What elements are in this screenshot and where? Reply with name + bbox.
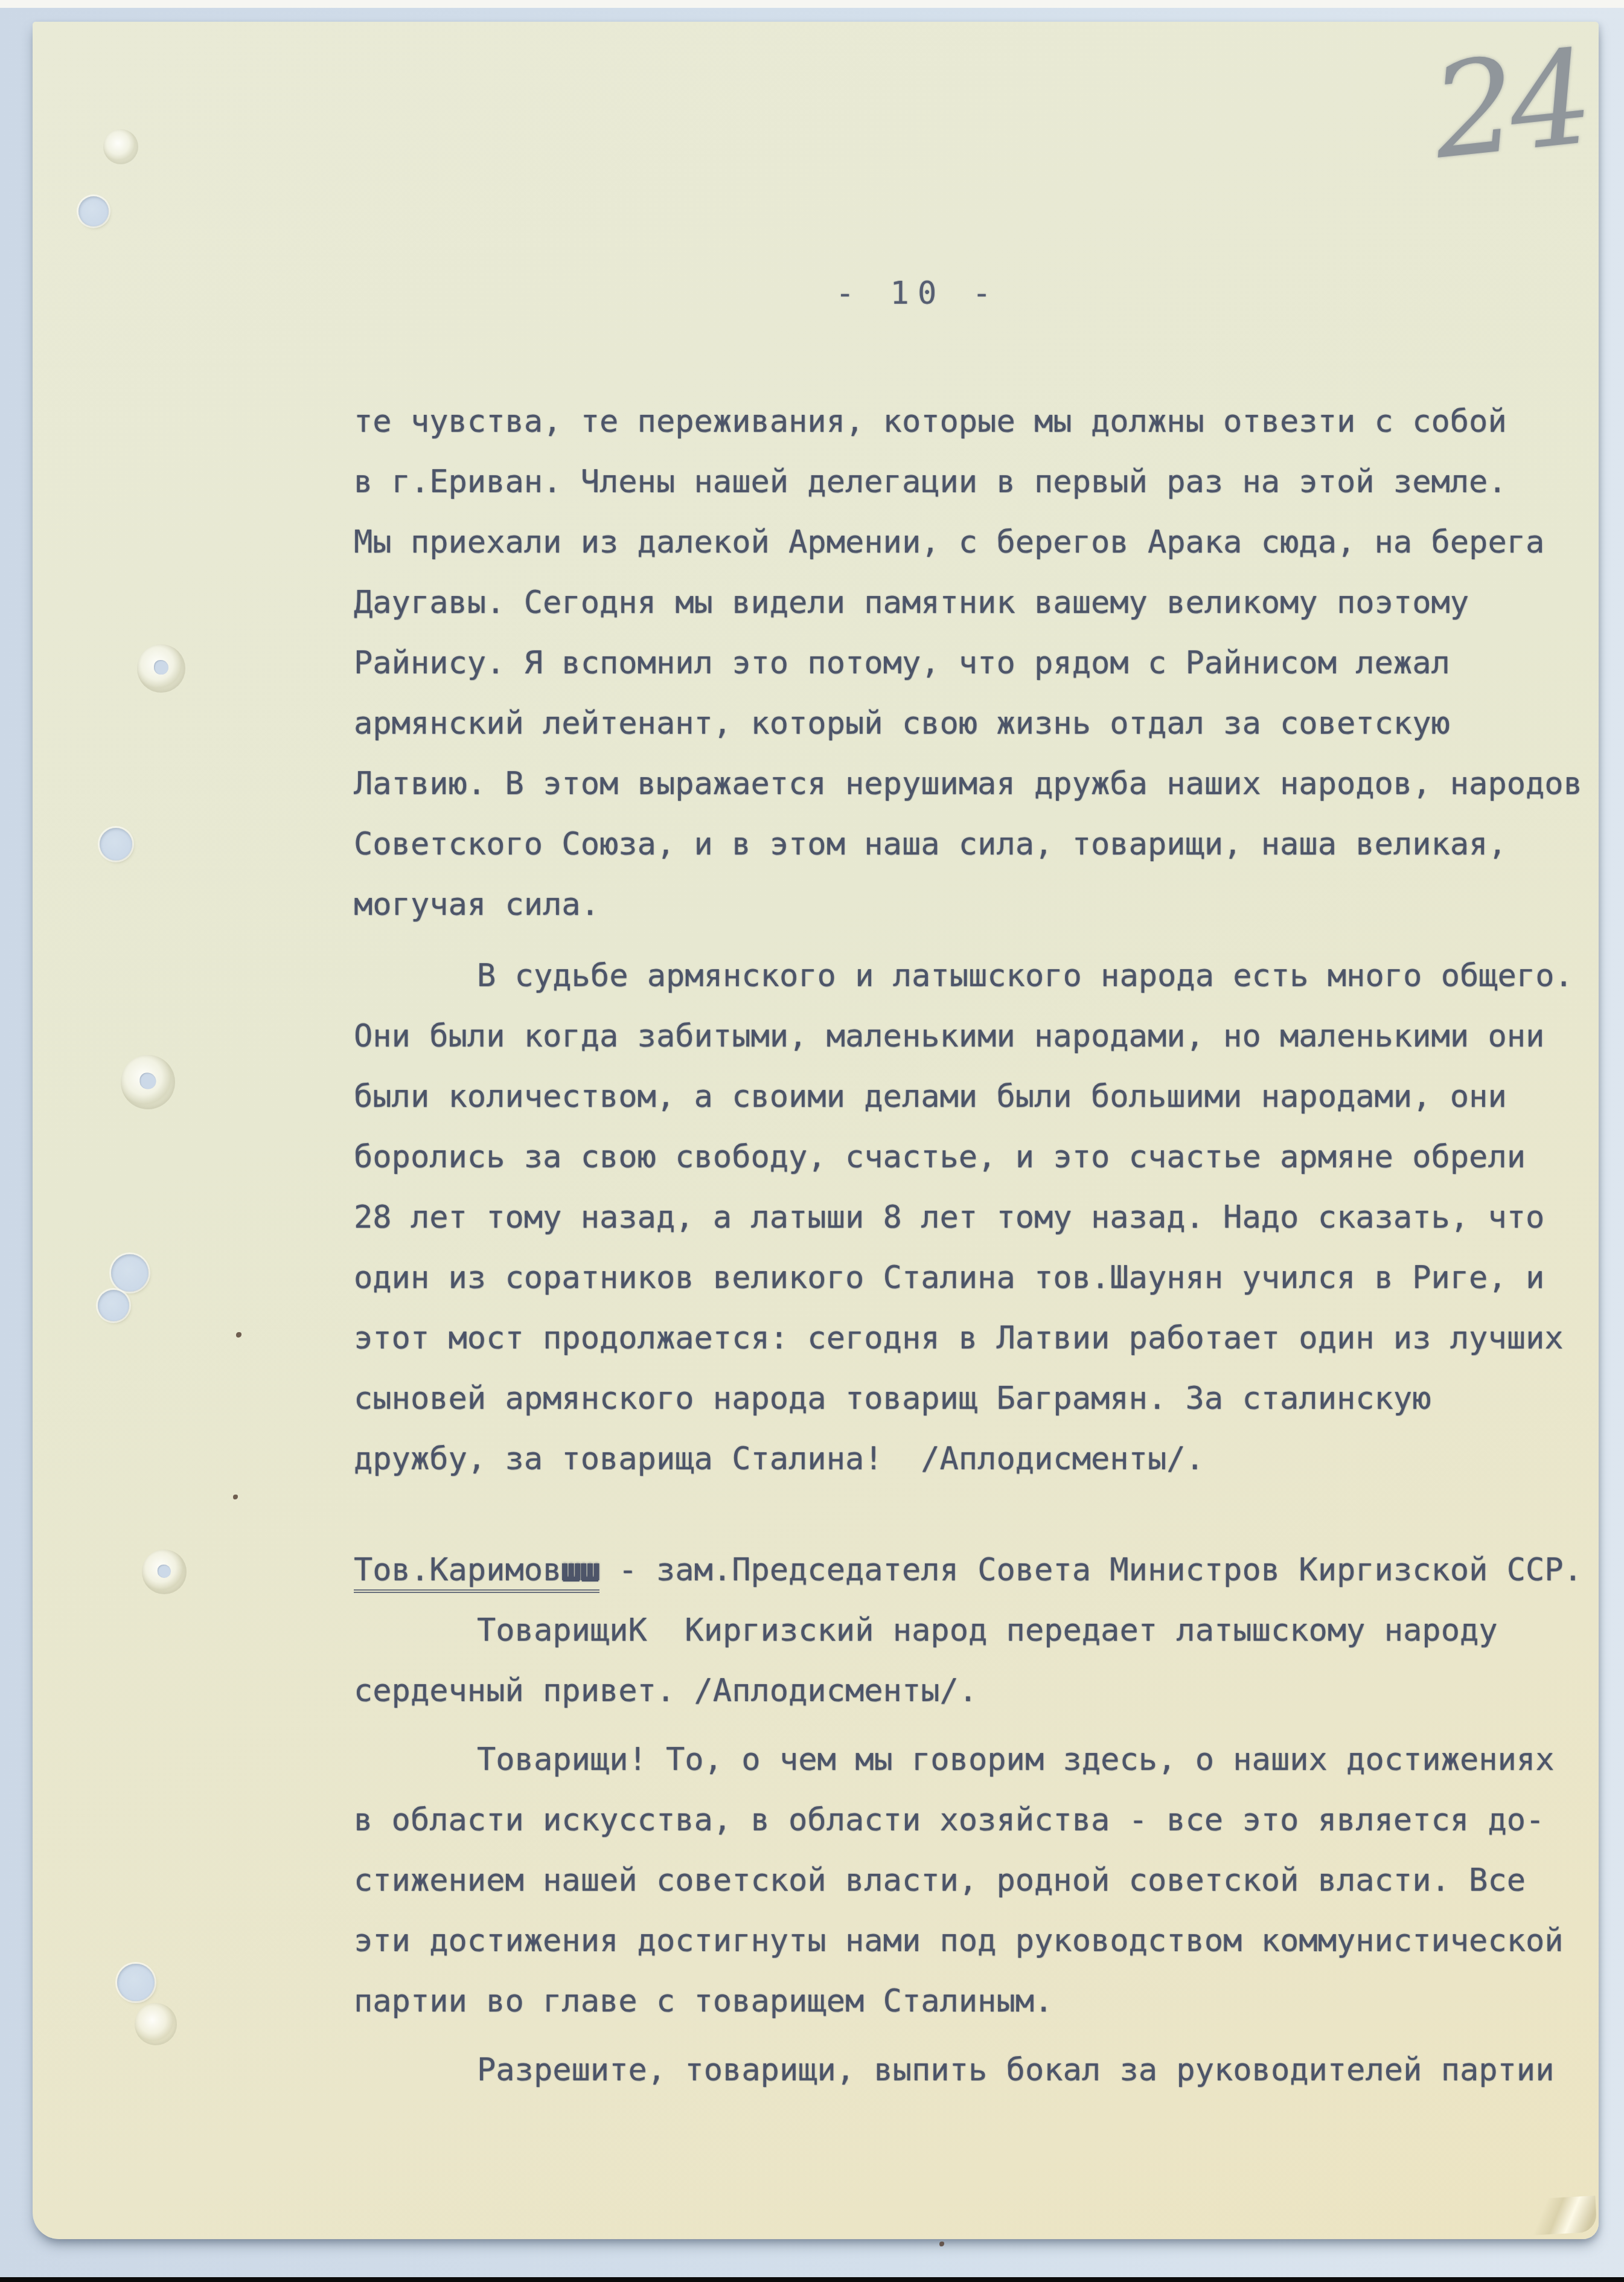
text-line: в г.Ериван. Члены нашей делегации в перв… bbox=[354, 452, 1624, 512]
text-line: партии во главе с товарищем Сталиным. bbox=[354, 1971, 1624, 2031]
text-line: Товарищи! То, о чем мы говорим здесь, о … bbox=[354, 1729, 1624, 1790]
text-line: Мы приехали из далекой Армении, с берего… bbox=[354, 512, 1624, 572]
pencil-page-number: 24 bbox=[1427, 31, 1593, 179]
scanner-edge-bottom bbox=[0, 2277, 1624, 2282]
text-line: Они были когда забитыми, маленькими наро… bbox=[354, 1006, 1624, 1066]
speaker-line: Тов.Каримовшш - зам.Председателя Совета … bbox=[354, 1540, 1624, 1600]
overstruck-characters: шш bbox=[561, 1552, 599, 1588]
text-line: боролись за свою свободу, счастье, и это… bbox=[354, 1127, 1624, 1187]
text-line: этот мост продолжается: сегодня в Латвии… bbox=[354, 1308, 1624, 1368]
text-line: были количеством, а своими делами были б… bbox=[354, 1066, 1624, 1127]
text-line: Советского Союза, и в этом наша сила, то… bbox=[354, 814, 1624, 874]
text-line: могучая сила. bbox=[354, 874, 1624, 935]
paper-corner-curl bbox=[1505, 2196, 1597, 2237]
punch-hole bbox=[78, 196, 109, 226]
text-line: ТоварищиК Киргизский народ передает латы… bbox=[354, 1600, 1624, 1661]
typewritten-text: те чувства, те переживания, которые мы д… bbox=[354, 391, 1624, 2100]
paper-dent bbox=[121, 1055, 175, 1109]
paper-dent bbox=[137, 644, 185, 693]
text-line: армянский лейтенант, который свою жизнь … bbox=[354, 693, 1624, 754]
text-line: эти достижения достигнуты нами под руков… bbox=[354, 1911, 1624, 1971]
text-line: те чувства, те переживания, которые мы д… bbox=[354, 391, 1624, 452]
paper-dent bbox=[142, 1550, 187, 1594]
punch-hole bbox=[98, 1290, 129, 1321]
speaker-name-underlined: Тов.Каримовшш bbox=[354, 1552, 599, 1593]
punch-hole bbox=[111, 1254, 149, 1292]
text-line: сердечный привет. /Аплодисменты/. bbox=[354, 1661, 1624, 1721]
ink-speck bbox=[939, 2242, 944, 2246]
text-line: дружбу, за товарища Сталина! /Аплодисмен… bbox=[354, 1429, 1624, 1489]
text-line: Райнису. Я вспомнил это потому, что рядо… bbox=[354, 633, 1624, 693]
paper-dent bbox=[103, 129, 138, 164]
text-line: стижением нашей советской власти, родной… bbox=[354, 1850, 1624, 1911]
typed-page-number: - 10 - bbox=[836, 275, 1000, 312]
text-line: Даугавы. Сегодня мы видели памятник ваше… bbox=[354, 572, 1624, 633]
document-page: 24 - 10 - те чувства, те переживания, ко… bbox=[33, 22, 1599, 2239]
punch-hole bbox=[117, 1964, 155, 2001]
punch-hole bbox=[100, 828, 132, 861]
scanner-edge-top bbox=[0, 0, 1624, 8]
scanned-document: 24 - 10 - те чувства, те переживания, ко… bbox=[0, 0, 1624, 2282]
text-line: сыновей армянского народа товарищ Баграм… bbox=[354, 1368, 1624, 1429]
ink-speck bbox=[236, 1332, 241, 1338]
text-line: Разрешите, товарищи, выпить бокал за рук… bbox=[354, 2040, 1624, 2100]
paper-dent bbox=[135, 2003, 177, 2045]
text-line: один из соратников великого Сталина тов.… bbox=[354, 1248, 1624, 1308]
text-line: Латвию. В этом выражается нерушимая друж… bbox=[354, 754, 1624, 814]
text-line: 28 лет тому назад, а латыши 8 лет тому н… bbox=[354, 1187, 1624, 1248]
text-line: В судьбе армянского и латышского народа … bbox=[354, 946, 1624, 1006]
text-line: в области искусства, в области хозяйства… bbox=[354, 1790, 1624, 1850]
